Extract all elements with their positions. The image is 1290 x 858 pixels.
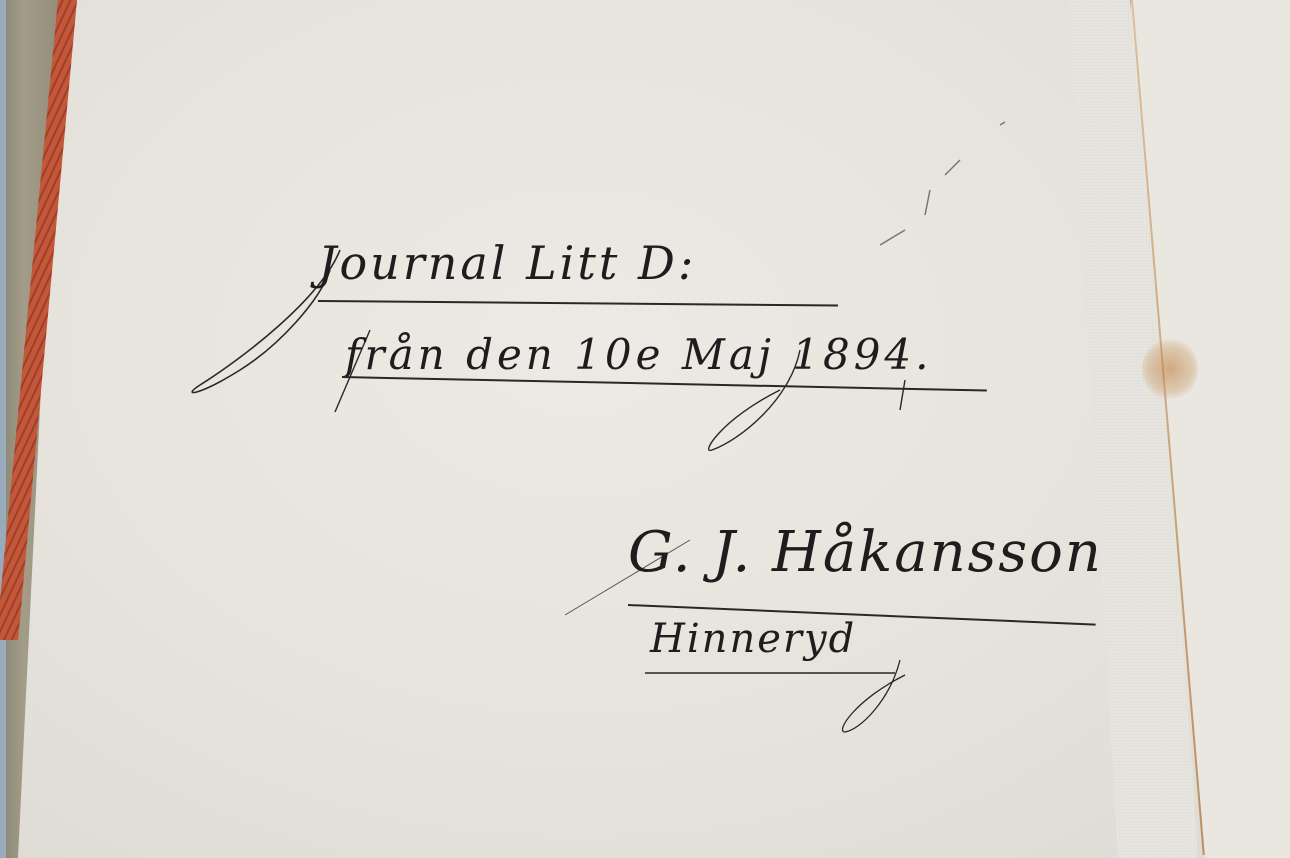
journal-title: Journal Litt D: bbox=[318, 236, 696, 290]
rust-stain bbox=[1142, 338, 1198, 400]
place-underline bbox=[645, 672, 895, 674]
place-name: Hinneryd bbox=[650, 616, 856, 662]
owner-signature: G. J. Håkansson bbox=[628, 520, 1103, 585]
book-photo: Journal Litt D: från den 10e Maj 1894. G… bbox=[0, 0, 1290, 858]
journal-date: från den 10e Maj 1894. bbox=[345, 330, 933, 379]
